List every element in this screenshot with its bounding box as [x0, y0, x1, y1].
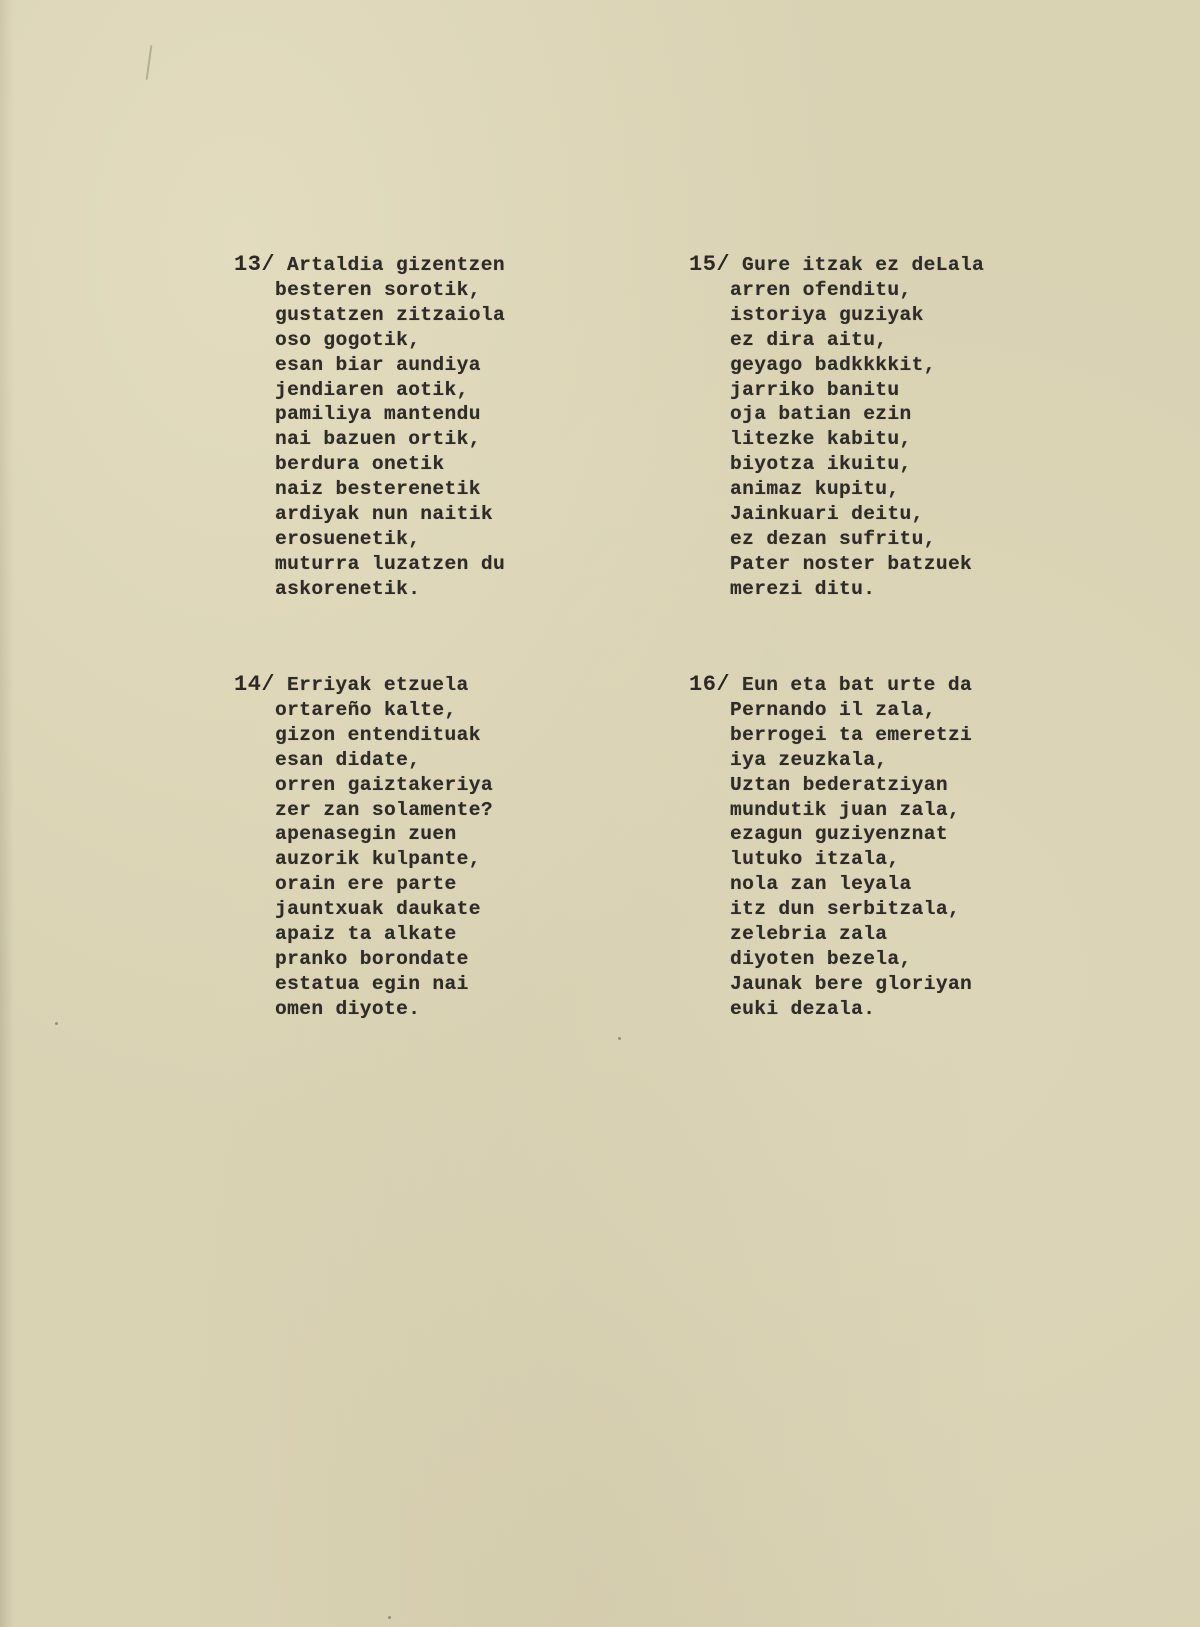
verse-lines: Gure itzak ez deLala arren ofenditu, ist… — [730, 253, 984, 602]
verse-number: 14/ — [234, 673, 275, 698]
verse-line: zer zan solamente? — [275, 798, 493, 823]
verse-line: Artaldia gizentzen — [287, 253, 505, 278]
verse-line: Uztan bederatziyan — [730, 773, 972, 798]
verse-line: apenasegin zuen — [275, 822, 493, 847]
verse-line: esan didate, — [275, 748, 493, 773]
pencil-mark — [146, 45, 153, 80]
verse-line: Pernando il zala, — [730, 698, 972, 723]
verse-line: diyoten bezela, — [730, 947, 972, 972]
verse-line: itz dun serbitzala, — [730, 897, 972, 922]
verse-line: muturra luzatzen du — [275, 552, 505, 577]
paper-speck — [618, 1037, 621, 1040]
verse-number: 15/ — [689, 253, 730, 278]
verse-line: arren ofenditu, — [730, 278, 984, 303]
verse-line: esan biar aundiya — [275, 353, 505, 378]
verse-line: ardiyak nun naitik — [275, 502, 505, 527]
verse-line: jarriko banitu — [730, 378, 984, 403]
verse-line: oso gogotik, — [275, 328, 505, 353]
verse-line: mundutik juan zala, — [730, 798, 972, 823]
verse-line: ortareño kalte, — [275, 698, 493, 723]
verse-line: Eun eta bat urte da — [742, 673, 972, 698]
verse-line: nola zan leyala — [730, 872, 972, 897]
verse-line: auzorik kulpante, — [275, 847, 493, 872]
verse-line: nai bazuen ortik, — [275, 427, 505, 452]
verse-line: jendiaren aotik, — [275, 378, 505, 403]
verse-line: ezagun guziyenznat — [730, 822, 972, 847]
verse-line: ez dira aitu, — [730, 328, 984, 353]
verse-line: iya zeuzkala, — [730, 748, 972, 773]
verse-line: askorenetik. — [275, 577, 505, 602]
verse-line: jauntxuak daukate — [275, 897, 493, 922]
verse-line: naiz besterenetik — [275, 477, 505, 502]
verse-line: gizon entendituak — [275, 723, 493, 748]
verse-line: Erriyak etzuela — [287, 673, 493, 698]
verse-lines: Artaldia gizentzen besteren sorotik, gus… — [275, 253, 505, 602]
verse-line: berrogei ta emeretzi — [730, 723, 972, 748]
verse-line: pranko borondate — [275, 947, 493, 972]
verse-line: erosuenetik, — [275, 527, 505, 552]
verse-line: lutuko itzala, — [730, 847, 972, 872]
verse-line: merezi ditu. — [730, 577, 984, 602]
verse-lines: Erriyak etzuela ortareño kalte, gizon en… — [275, 673, 493, 1022]
verse-number: 13/ — [234, 253, 275, 278]
verse-line: orain ere parte — [275, 872, 493, 897]
verse-line: animaz kupitu, — [730, 477, 984, 502]
typewritten-page: 13/ Artaldia gizentzen besteren sorotik,… — [0, 0, 1200, 1627]
verse-line: geyago badkkkkit, — [730, 353, 984, 378]
verse-line: apaiz ta alkate — [275, 922, 493, 947]
verse-line: berdura onetik — [275, 452, 505, 477]
verse-line: ez dezan sufritu, — [730, 527, 984, 552]
verse-number: 16/ — [689, 673, 730, 698]
paper-speck — [388, 1616, 391, 1619]
verse-line: Pater noster batzuek — [730, 552, 984, 577]
verse-line: Jainkuari deitu, — [730, 502, 984, 527]
verse-line: litezke kabitu, — [730, 427, 984, 452]
verse-line: Jaunak bere gloriyan — [730, 972, 972, 997]
verse-line: orren gaiztakeriya — [275, 773, 493, 798]
verse-line: Gure itzak ez deLala — [742, 253, 984, 278]
verse-line: gustatzen zitzaiola — [275, 303, 505, 328]
verse-line: zelebria zala — [730, 922, 972, 947]
verse-line: pamiliya mantendu — [275, 402, 505, 427]
verse-line: istoriya guziyak — [730, 303, 984, 328]
verse-line: besteren sorotik, — [275, 278, 505, 303]
verse-line: estatua egin nai — [275, 972, 493, 997]
paper-speck — [55, 1022, 58, 1025]
verse-line: oja batian ezin — [730, 402, 984, 427]
verse-lines: Eun eta bat urte da Pernando il zala, be… — [730, 673, 972, 1022]
verse-line: euki dezala. — [730, 997, 972, 1022]
verse-line: biyotza ikuitu, — [730, 452, 984, 477]
verse-line: omen diyote. — [275, 997, 493, 1022]
